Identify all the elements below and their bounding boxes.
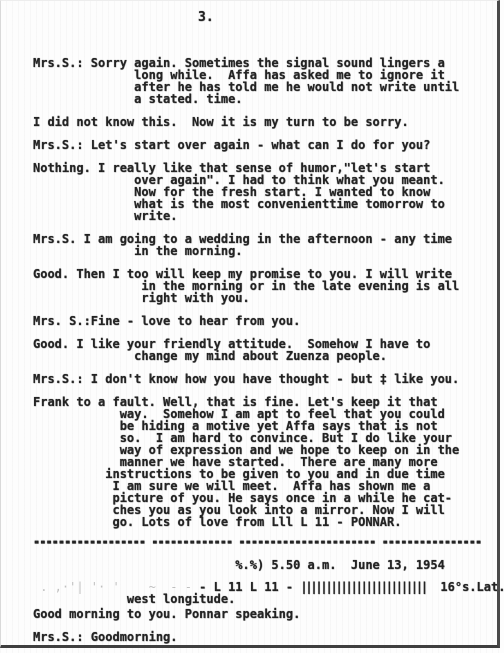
paragraph-wedding: Mrs.S. I am going to a wedding in the af…: [33, 233, 493, 257]
mrs-s-greeting-line: Mrs.S.: Goodmorning.: [33, 631, 493, 643]
typed-line: Mrs.S.: Let's start over again - what ca…: [33, 139, 493, 151]
typed-line: Mrs.S.: I don't know how you have though…: [33, 373, 493, 385]
ponnar-greeting-line: Good morning to you. Ponnar speaking.: [33, 608, 493, 620]
callsign-coordinates-line: . ,·'| '· ' ~ - - - L 11 L 11 - ||||||||…: [33, 581, 493, 593]
paragraph-start-over: Mrs.S.: Let's start over again - what ca…: [33, 139, 493, 151]
typed-line: write.: [33, 210, 493, 222]
typed-line: a stated. time.: [33, 93, 493, 105]
paragraph-nothing-humor: Nothing. I really like that sense of hum…: [33, 162, 493, 222]
datetime-line: %.%) 5.50 a.m. June 13, 1954: [33, 559, 493, 571]
typed-line: change my mind about Zuenza people.: [33, 350, 493, 362]
paragraph-keep-promise: Good. Then I too will keep my promise to…: [33, 268, 493, 304]
typed-separator-rule: ------------------ ------------- -------…: [33, 537, 481, 550]
paragraph-fine-love: Mrs. S.:Fine - love to hear from you.: [33, 315, 493, 327]
paragraph-i-like-you: Mrs.S.: I don't know how you have though…: [33, 373, 493, 385]
west-longitude-line: west longitude.: [33, 593, 493, 605]
typed-line: I did not know this. Now it is my turn t…: [33, 116, 493, 128]
paragraph-did-not-know: I did not know this. Now it is my turn t…: [33, 116, 493, 128]
signal-tick-marks: |||||||||||||||||||||||||: [300, 580, 426, 594]
typed-body: Mrs.S.: Sorry again. Sometimes the signa…: [33, 57, 493, 643]
latitude-longitude-value: 16°s.Lat.,133°: [426, 580, 504, 594]
typed-line: in the morning.: [33, 245, 493, 257]
paragraph-frank-to-a-fault: Frank to a fault. Well, that is fine. Le…: [33, 396, 493, 528]
paragraph-friendly-attitude: Good. I like your friendly attitude. Som…: [33, 338, 493, 362]
scanned-letter-page: 3. Mrs.S.: Sorry again. Sometimes the si…: [0, 0, 504, 653]
pencil-scribble: . ,·'| '· ' ~ - -: [33, 580, 199, 594]
typed-line: go. Lots of love from Lll L 11 - PONNAR.: [33, 516, 493, 528]
typed-line: Mrs. S.:Fine - love to hear from you.: [33, 315, 493, 327]
page-number: 3.: [198, 11, 214, 24]
paragraph-mrs-s-sorry: Mrs.S.: Sorry again. Sometimes the signa…: [33, 57, 493, 105]
typed-line: right with you.: [33, 292, 493, 304]
